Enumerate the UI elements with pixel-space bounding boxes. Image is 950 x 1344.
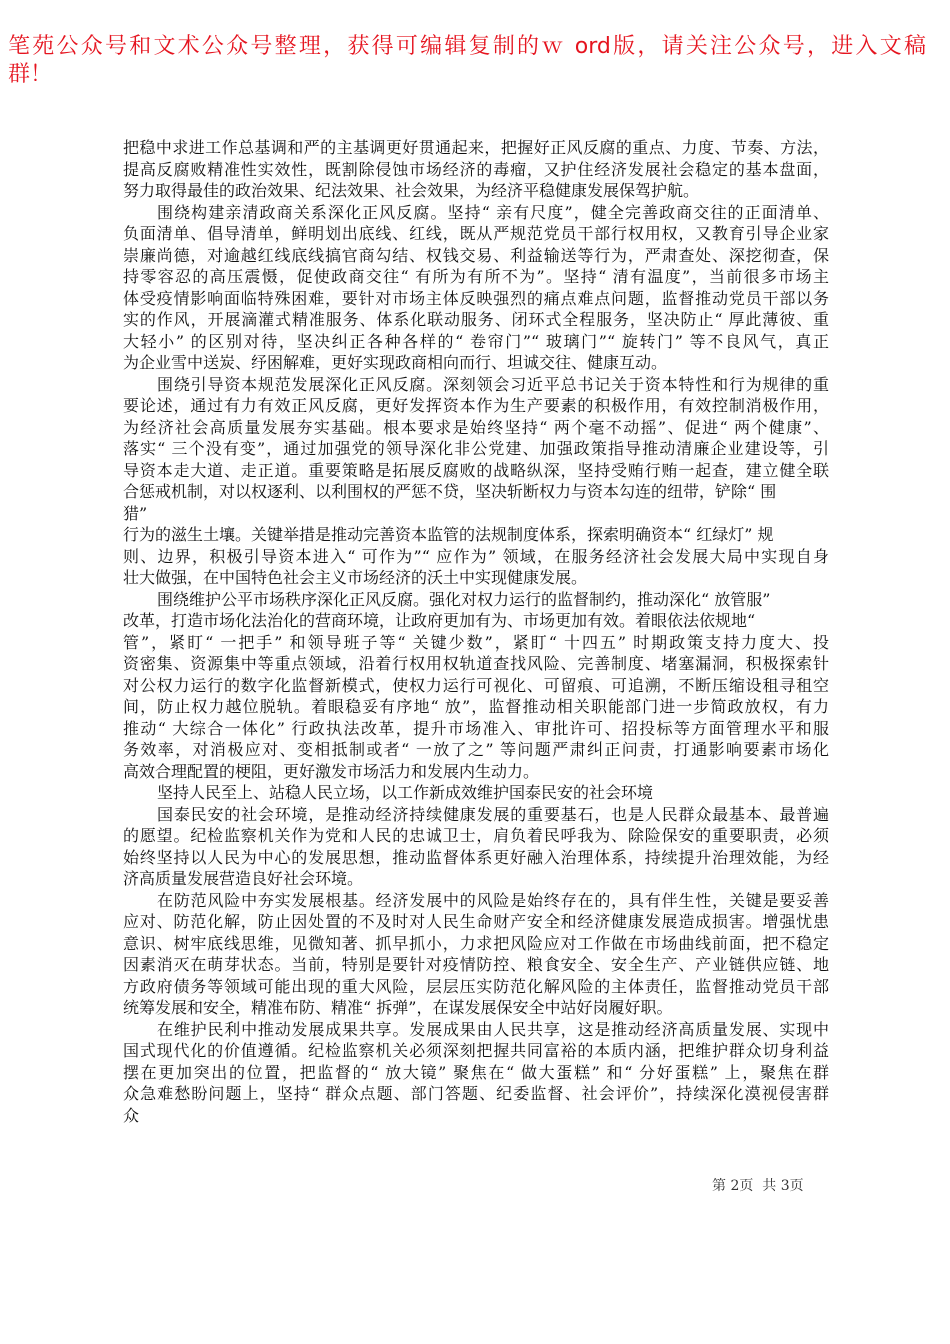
- body-line: 意识、树牢底线思维，见微知著、抓早抓小，力求把风险应对工作做在市场曲线前面，把不…: [123, 933, 829, 955]
- body-line: 负面清单、倡导清单，鲜明划出底线、红线，既从严规范党员干部行权用权，又教育引导企…: [123, 223, 829, 245]
- body-line: 众急难愁盼问题上，坚持“ 群众点题、部门答题、纪委监督、社会评价”，持续深化漠视…: [123, 1083, 829, 1105]
- body-line: 壮大做强，在中国特色社会主义市场经济的沃土中实现健康发展。: [123, 567, 829, 589]
- body-line: 间，防止权力越位脱轨。着眼稳妥有序地“ 放”，监督推动相关职能部门进一步简政放权…: [123, 696, 829, 718]
- body-line: 大轻小” 的区别对待，坚决纠正各种各样的“ 卷帘门”“ 玻璃门”“ 旋转门” 等…: [123, 331, 829, 353]
- body-line: 为企业雪中送炭、纾困解难，更好实现政商相向而行、坦诚交往、健康互动。: [123, 352, 829, 374]
- body-line: 方政府债务等领域可能出现的重大风险，层层压实防范化解风险的主体责任，监督推动党员…: [123, 976, 829, 998]
- body-line: 导资本走大道、走正道。重要策略是拓展反腐败的战略纵深，坚持受贿行贿一起查，建立健…: [123, 460, 829, 482]
- body-line: 因素消灭在萌芽状态。当前，特别是要针对疫情防控、粮食安全、安全生产、产业链供应链…: [123, 954, 829, 976]
- body-line: 济高质量发展营造良好社会环境。: [123, 868, 829, 890]
- body-line: 摆在更加突出的位置，把监督的“ 放大镜” 聚焦在“ 做大蛋糕” 和“ 分好蛋糕”…: [123, 1062, 829, 1084]
- paragraph-start-line: 围绕构建亲清政商关系深化正风反腐。坚持“ 亲有尺度”，健全完善政商交往的正面清单…: [123, 202, 829, 224]
- page-number: 第 2页 共 3页: [712, 1177, 804, 1195]
- body-line: 统筹发展和安全，精准布防、精准“ 拆弹”，在谋发展保安全中站好岗履好职。: [123, 997, 829, 1019]
- promo-notice: 笔苑公众号和文术公众号整理，获得可编辑复制的ｗ ord版，请关注公众号，进入文稿…: [8, 33, 926, 89]
- body-line: 落实“ 三个没有变”，通过加强党的领导深化非公党建、加强政策指导推动清廉企业建设…: [123, 438, 829, 460]
- body-line: 猎”: [123, 503, 829, 525]
- body-line: 努力取得最佳的政治效果、纪法效果、社会效果，为经济平稳健康发展保驾护航。: [123, 180, 829, 202]
- body-line: 高效合理配置的梗阻，更好激发市场活力和发展内生动力。: [123, 761, 829, 783]
- body-line: 务效率，对消极应对、变相抵制或者“ 一放了之” 等问题严肃纠正问责，打通影响要素…: [123, 739, 829, 761]
- body-line: 始终坚持以人民为中心的发展思想，推动监督体系更好融入治理体系，持续提升治理效能，…: [123, 847, 829, 869]
- paragraph-start-line: 在维护民利中推动发展成果共享。发展成果由人民共享，这是推动经济高质量发展、实现中: [123, 1019, 829, 1041]
- body-line: 资密集、资源集中等重点领域，沿着行权用权轨道查找风险、完善制度、堵塞漏洞，积极探…: [123, 653, 829, 675]
- body-line: 崇廉尚德，对逾越红线底线搞官商勾结、权钱交易、利益输送等行为，严肃查处、深挖彻查…: [123, 245, 829, 267]
- body-line: 体受疫情影响面临特殊困难，要针对市场主体反映强烈的痛点难点问题，监督推动党员干部…: [123, 288, 829, 310]
- body-line: 把稳中求进工作总基调和严的主基调更好贯通起来，把握好正风反腐的重点、力度、节奏、…: [123, 137, 829, 159]
- body-line: 要论述，通过有力有效正风反腐，更好发挥资本作为生产要素的积极作用，有效控制消极作…: [123, 395, 829, 417]
- body-line: 则、边界，积极引导资本进入“ 可作为”“ 应作为” 领域，在服务经济社会发展大局…: [123, 546, 829, 568]
- body-line: 实的作风，开展滴灌式精准服务、体系化联动服务、闭环式全程服务，坚决防止“ 厚此薄…: [123, 309, 829, 331]
- promo-notice-line: 笔苑公众号和文术公众号整理，获得可编辑复制的ｗ ord版，请关注公众号，进入文稿: [8, 33, 926, 61]
- body-line: 提高反腐败精准性实效性，既割除侵蚀市场经济的毒瘤，又护住经济发展社会稳定的基本盘…: [123, 159, 829, 181]
- document-body: 把稳中求进工作总基调和严的主基调更好贯通起来，把握好正风反腐的重点、力度、节奏、…: [123, 137, 829, 1126]
- body-line: 应对、防范化解，防止因处置的不及时对人民生命财产安全和经济健康发展造成损害。增强…: [123, 911, 829, 933]
- body-line: 推动“ 大综合一体化” 行政执法改革，提升市场准入、审批许可、招投标等方面管理水…: [123, 718, 829, 740]
- body-line: 合惩戒机制，对以权逐利、以利围权的严惩不贷，坚决斩断权力与资本勾连的纽带，铲除“…: [123, 481, 829, 503]
- body-line: 为经济社会高质量发展夯实基础。根本要求是始终坚持“ 两个毫不动摇”、促进“ 两个…: [123, 417, 829, 439]
- paragraph-start-line: 国泰民安的社会环境，是推动经济持续健康发展的重要基石，也是人民群众最基本、最普遍: [123, 804, 829, 826]
- body-line: 行为的滋生土壤。关键举措是推动完善资本监管的法规制度体系，探索明确资本“ 红绿灯…: [123, 524, 829, 546]
- body-line: 管”，紧盯“ 一把手” 和领导班子等“ 关键少数”，紧盯“ 十四五” 时期政策支…: [123, 632, 829, 654]
- body-line: 国式现代化的价值遵循。纪检监察机关必须深刻把握共同富裕的本质内涵，把维护群众切身…: [123, 1040, 829, 1062]
- section-heading: 坚持人民至上、站稳人民立场，以工作新成效维护国泰民安的社会环境: [123, 782, 829, 804]
- body-line: 对公权力运行的数字化监督新模式，使权力运行可视化、可留痕、可追溯，不断压缩设租寻…: [123, 675, 829, 697]
- body-line: 改革，打造市场化法治化的营商环境，让政府更加有为、市场更加有效。着眼依法依规地“: [123, 610, 829, 632]
- body-line: 的愿望。纪检监察机关作为党和人民的忠诚卫士，肩负着民呼我为、除险保安的重要职责，…: [123, 825, 829, 847]
- paragraph-start-line: 在防范风险中夯实发展根基。经济发展中的风险是始终存在的，具有伴生性，关键是要妥善: [123, 890, 829, 912]
- paragraph-start-line: 围绕维护公平市场秩序深化正风反腐。强化对权力运行的监督制约，推动深化“ 放管服”: [123, 589, 829, 611]
- paragraph-start-line: 围绕引导资本规范发展深化正风反腐。深刻领会习近平总书记关于资本特性和行为规律的重: [123, 374, 829, 396]
- body-line: 持零容忍的高压震慑，促使政商交往“ 有所为有所不为”。坚持“ 清有温度”，当前很…: [123, 266, 829, 288]
- promo-notice-line: 群！: [8, 61, 926, 89]
- body-line: 众: [123, 1105, 829, 1127]
